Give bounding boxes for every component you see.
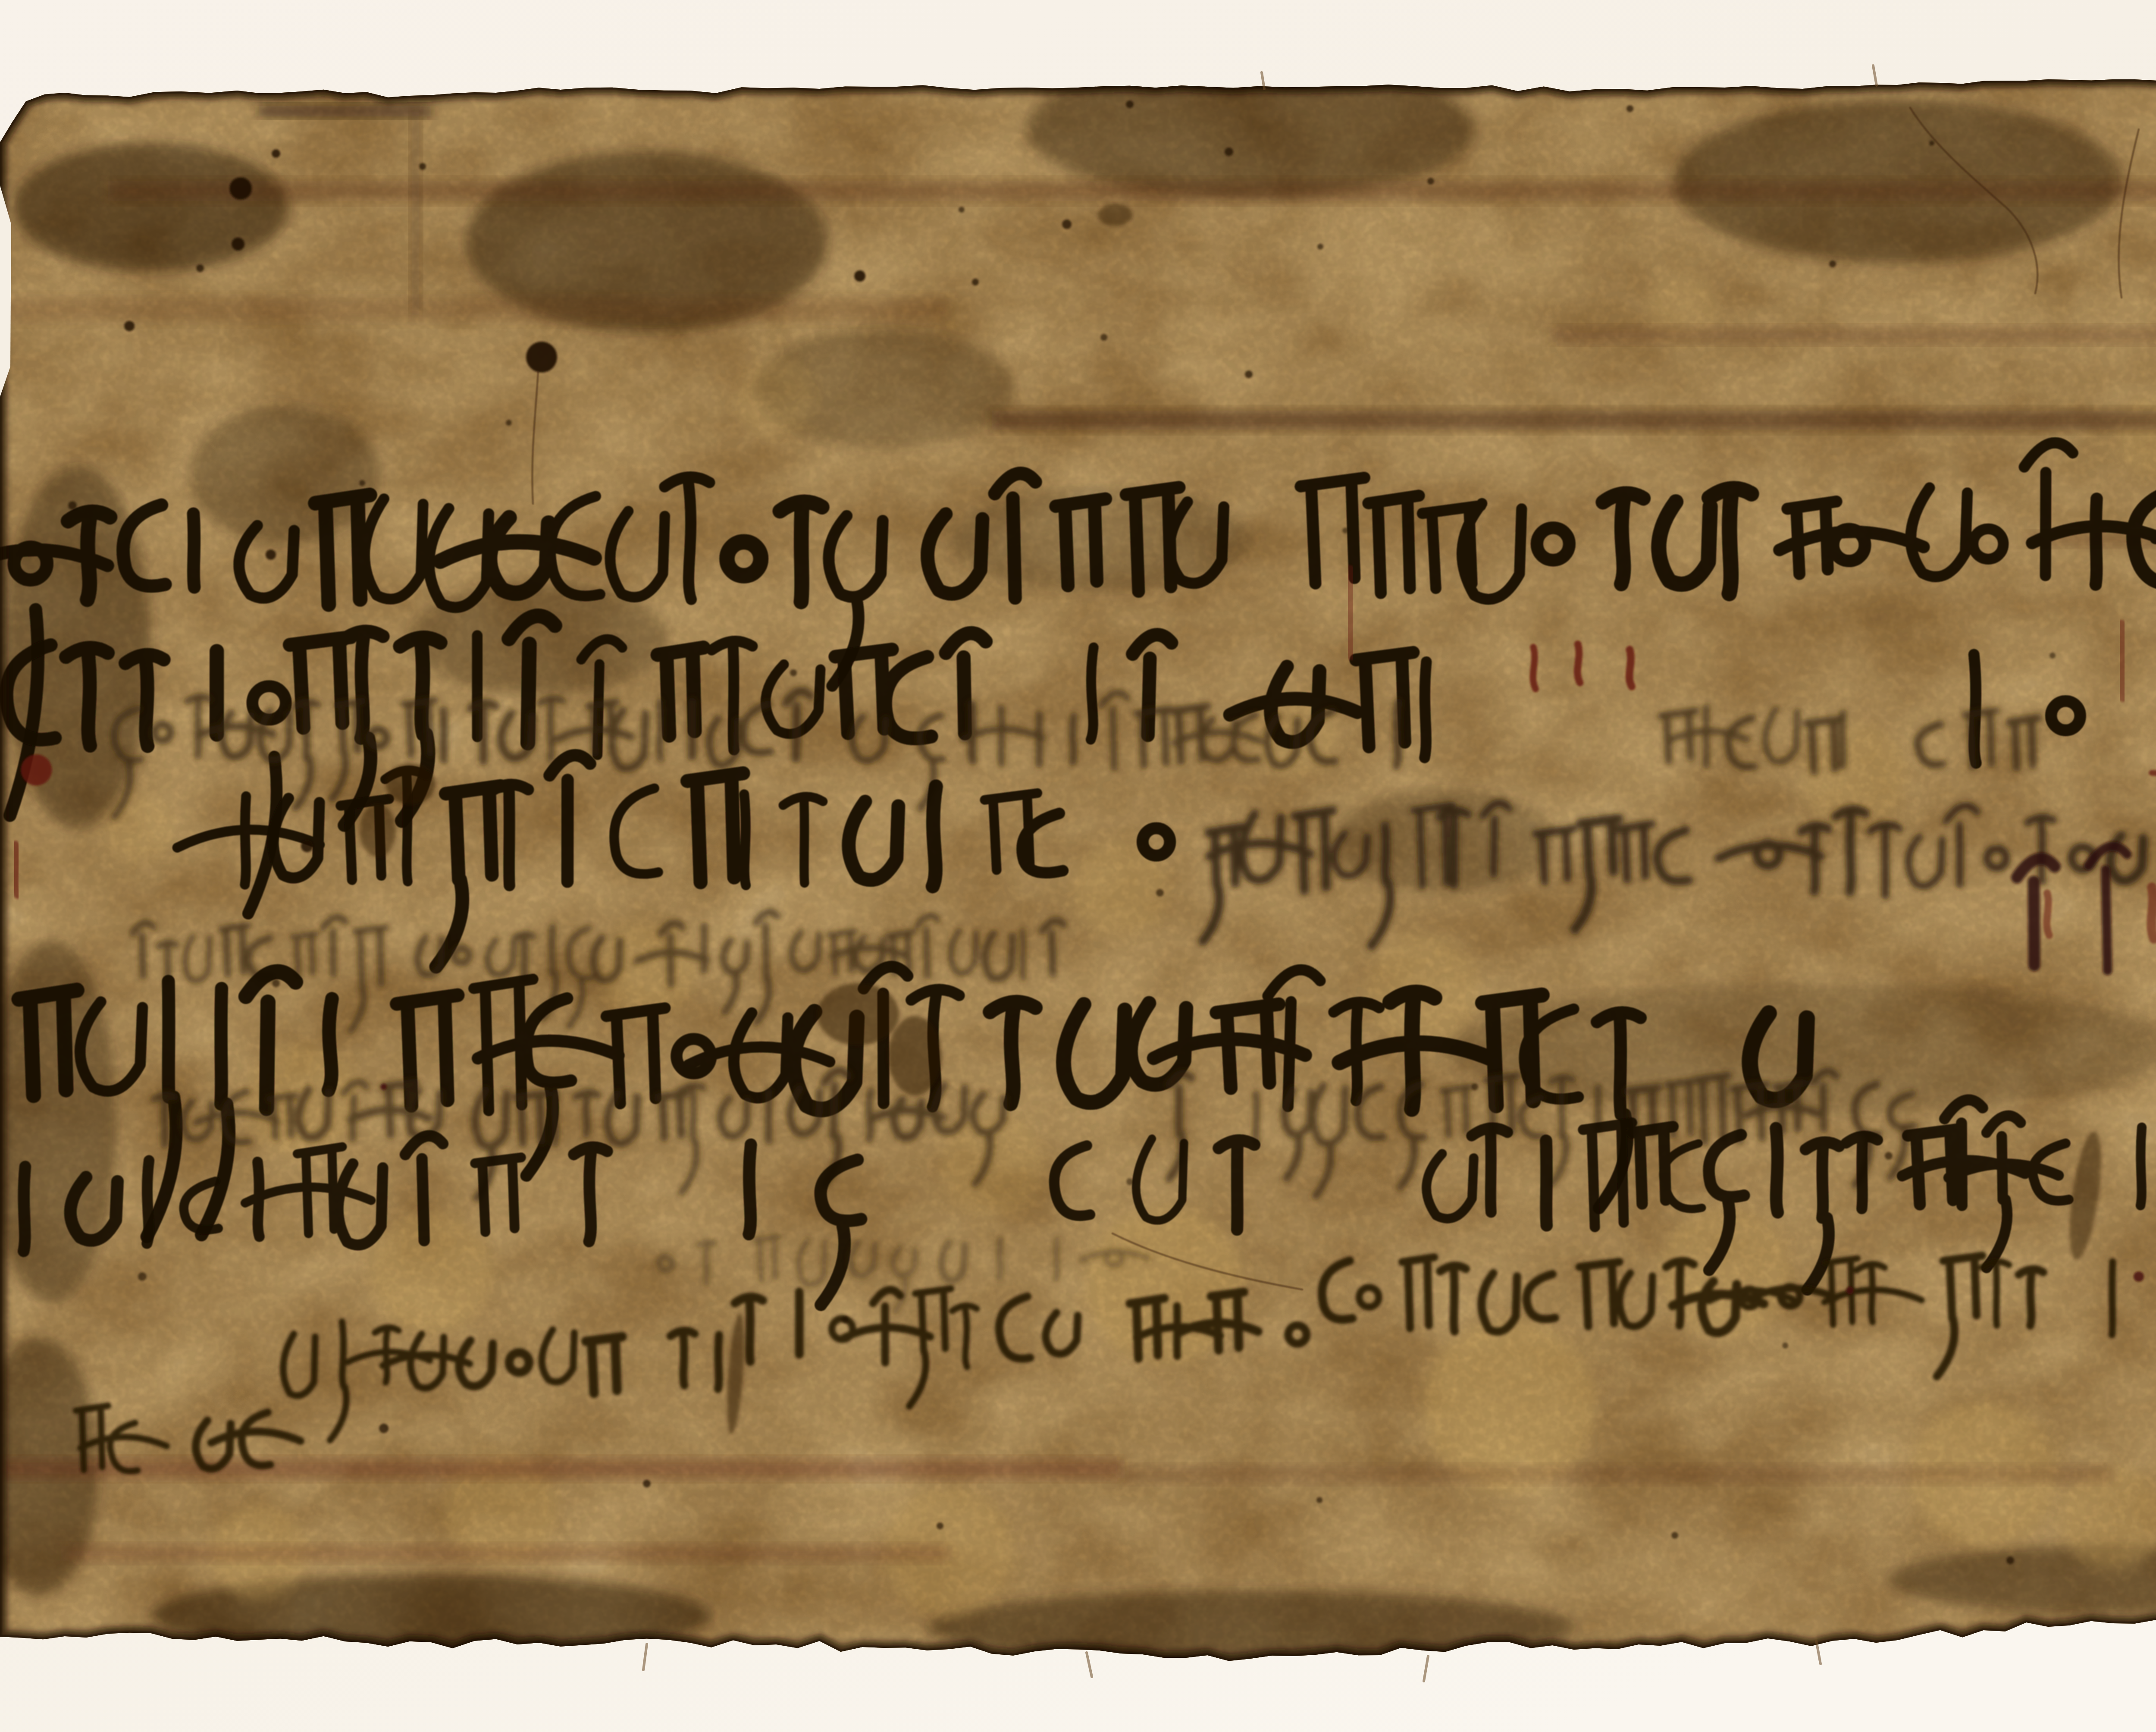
- manuscript-photo: [0, 0, 2156, 1732]
- red-mark-red-left-margin: [21, 754, 52, 785]
- manuscript-scene: [0, 0, 2156, 1732]
- red-mark-red-left-low: [15, 844, 18, 895]
- manuscript-leaf: [0, 38, 2156, 1663]
- red-mark-red-faint-curve: [1349, 571, 1352, 654]
- paper-surface: [0, 38, 2156, 1663]
- red-mark-red-faint-vert: [2121, 626, 2124, 696]
